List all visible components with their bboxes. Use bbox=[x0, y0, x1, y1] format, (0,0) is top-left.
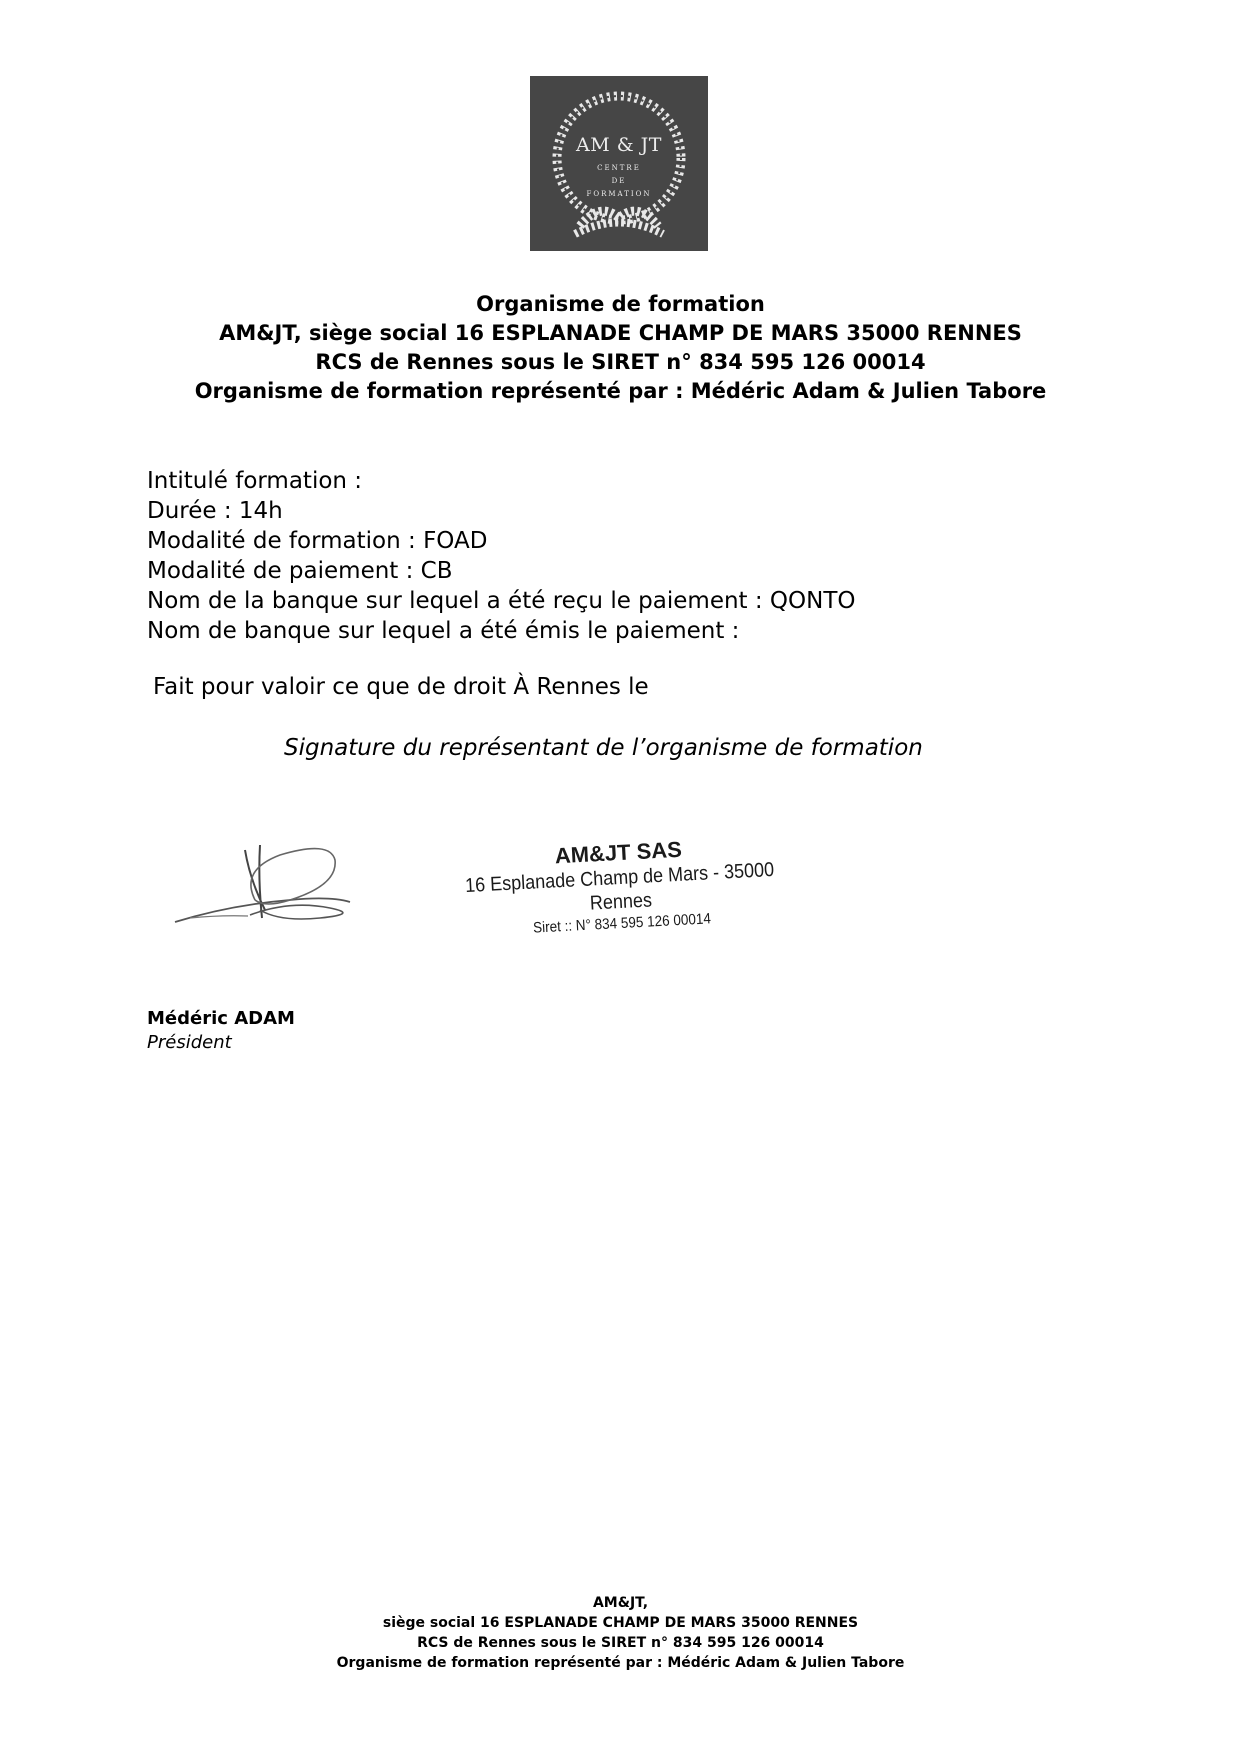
company-logo: AM & JT CENTRE DE FORMATION bbox=[530, 76, 708, 251]
footer-company: AM&JT, bbox=[0, 1593, 1241, 1613]
header-title: Organisme de formation bbox=[0, 290, 1241, 319]
signer-role: Président bbox=[147, 1031, 295, 1055]
logo-title: AM & JT bbox=[530, 134, 708, 156]
header-address: AM&JT, siège social 16 ESPLANADE CHAMP D… bbox=[0, 319, 1241, 348]
signer-block: Médéric ADAM Président bbox=[147, 1007, 295, 1055]
footer-address: siège social 16 ESPLANADE CHAMP DE MARS … bbox=[0, 1613, 1241, 1633]
document-header: Organisme de formation AM&JT, siège soci… bbox=[0, 290, 1241, 406]
training-duration: Durée : 14h bbox=[147, 496, 856, 526]
logo-subtitle: FORMATION bbox=[530, 190, 708, 198]
handwritten-signature-icon bbox=[170, 830, 400, 930]
training-details: Intitulé formation : Durée : 14h Modalit… bbox=[147, 466, 856, 646]
signature-label: Signature du représentant de l’organisme… bbox=[284, 735, 923, 761]
footer-representatives: Organisme de formation représenté par : … bbox=[0, 1653, 1241, 1673]
signer-name: Médéric ADAM bbox=[147, 1007, 295, 1031]
company-stamp: AM&JT SAS 16 Esplanade Champ de Mars - 3… bbox=[418, 830, 822, 941]
payment-modality: Modalité de paiement : CB bbox=[147, 556, 856, 586]
training-modality: Modalité de formation : FOAD bbox=[147, 526, 856, 556]
footer-siret: RCS de Rennes sous le SIRET n° 834 595 1… bbox=[0, 1633, 1241, 1653]
header-representatives: Organisme de formation représenté par : … bbox=[0, 377, 1241, 406]
logo-subtitle: CENTRE bbox=[530, 164, 708, 172]
logo-subtitle: DE bbox=[530, 177, 708, 185]
receiving-bank: Nom de la banque sur lequel a été reçu l… bbox=[147, 586, 856, 616]
issuing-bank: Nom de banque sur lequel a été émis le p… bbox=[147, 616, 856, 646]
training-title: Intitulé formation : bbox=[147, 466, 856, 496]
attestation-statement: Fait pour valoir ce que de droit À Renne… bbox=[153, 674, 649, 700]
header-siret: RCS de Rennes sous le SIRET n° 834 595 1… bbox=[0, 348, 1241, 377]
document-footer: AM&JT, siège social 16 ESPLANADE CHAMP D… bbox=[0, 1593, 1241, 1673]
